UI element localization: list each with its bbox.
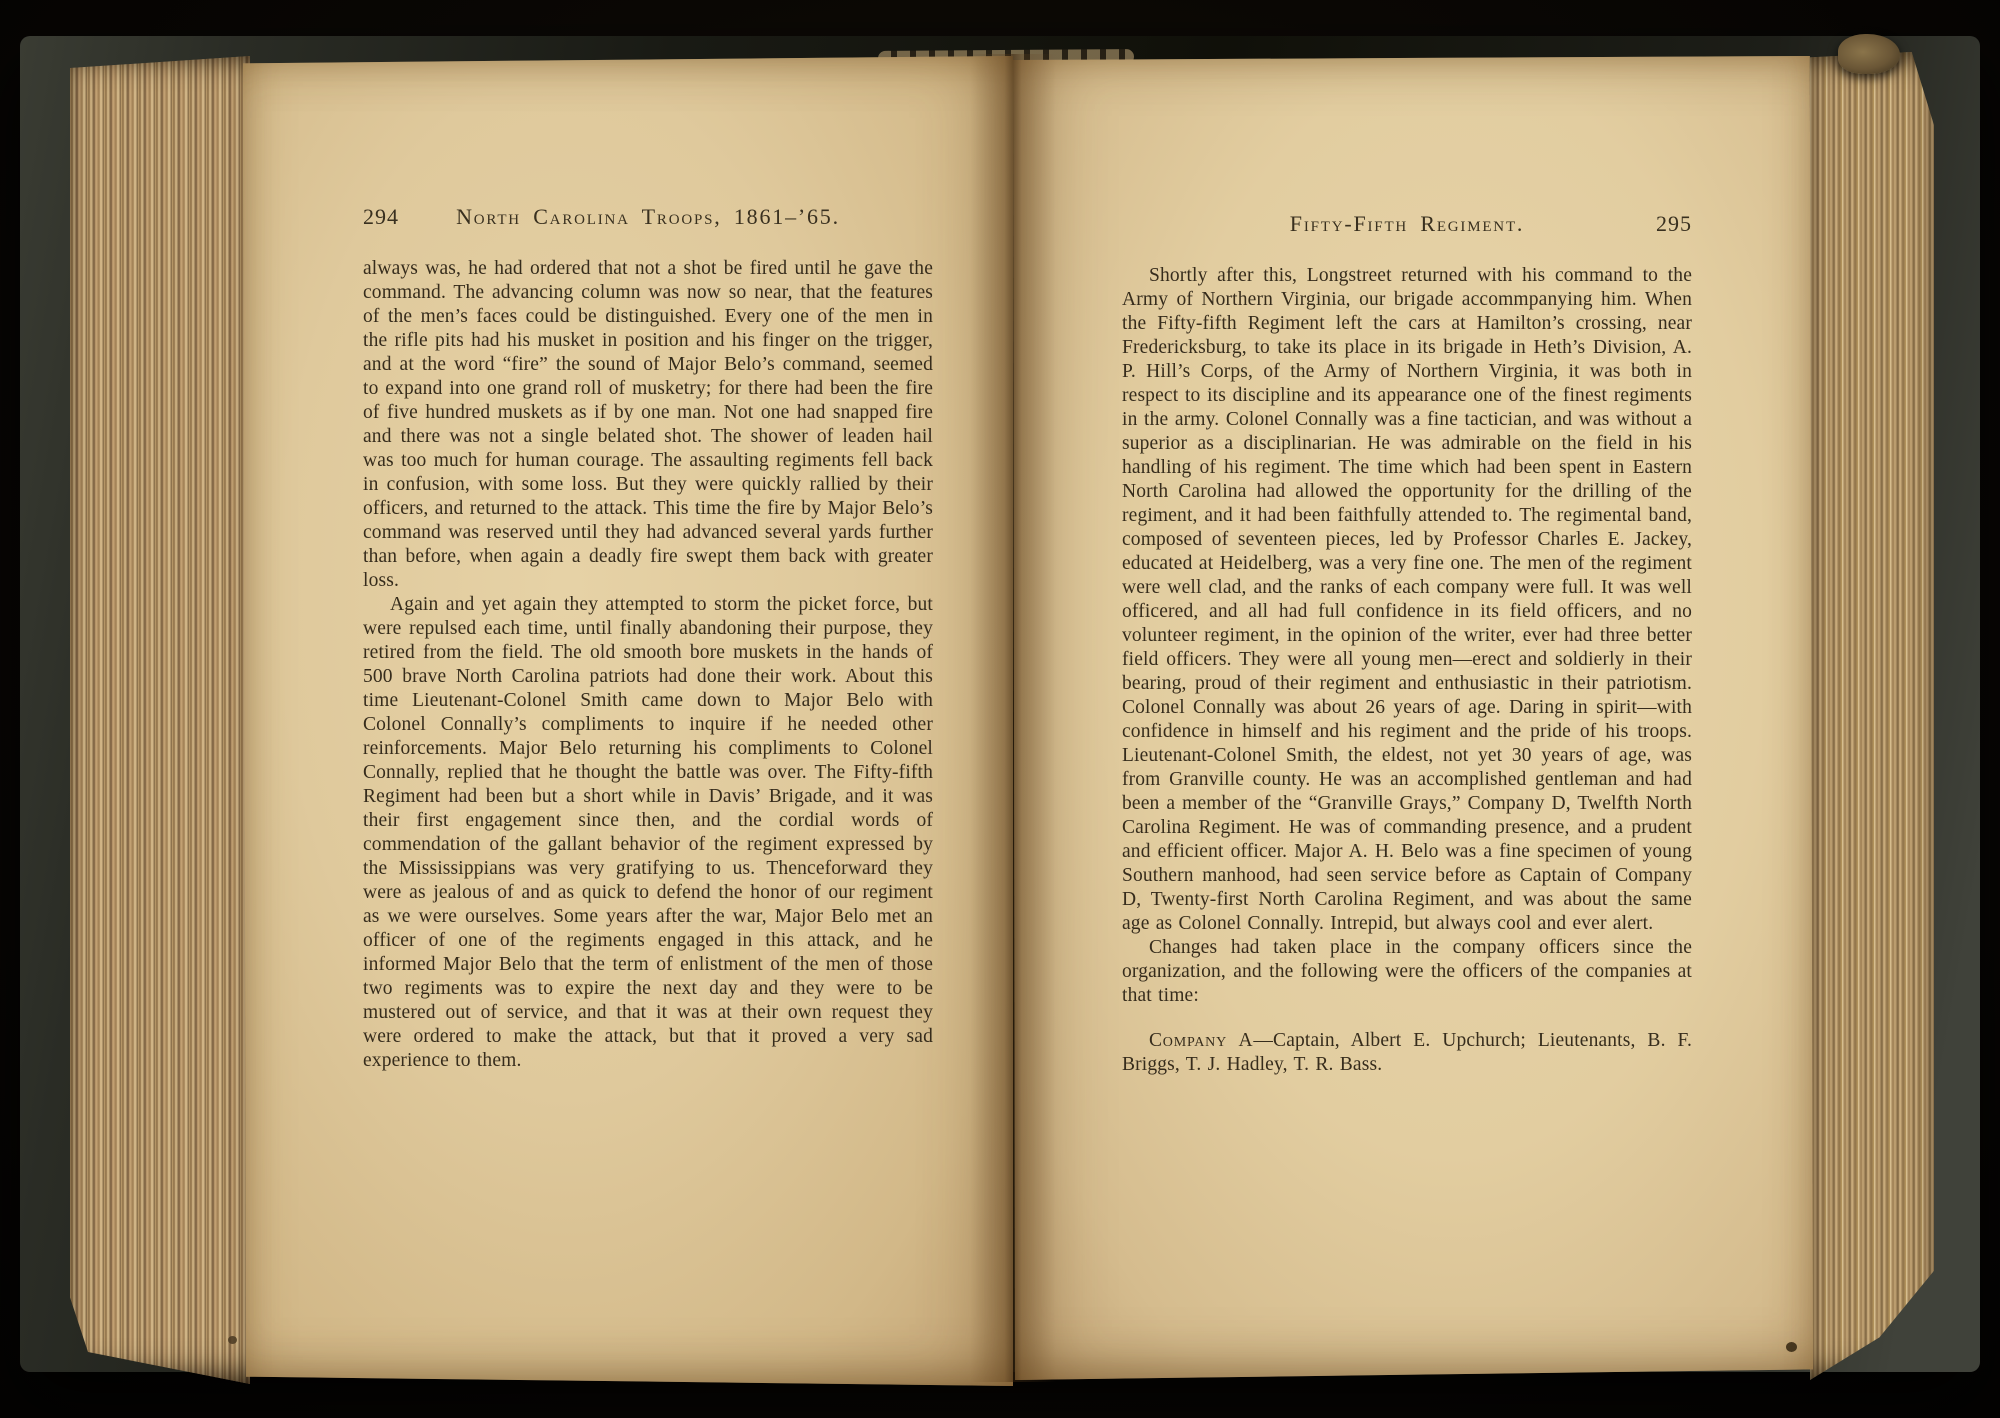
paragraph: always was, he had ordered that not a sh… (363, 257, 933, 593)
left-header-title: North Carolina Troops, 1861–’65. (435, 204, 861, 230)
right-page-number: 295 (1620, 211, 1692, 237)
right-page-edge-stack (1810, 52, 1934, 1384)
left-page-text: always was, he had ordered that not a sh… (363, 257, 933, 1073)
paragraph: Changes had taken place in the company o… (1122, 936, 1692, 1008)
left-page-edge-stack (70, 52, 250, 1384)
left-page-number: 294 (363, 204, 435, 230)
company-roster: Company A—Captain, Albert E. Upchurch; L… (1122, 1029, 1692, 1077)
right-running-head: Fifty-Fifth Regiment. 295 (1122, 211, 1692, 237)
right-page: Fifty-Fifth Regiment. 295 Shortly after … (1013, 56, 1813, 1380)
roster-company-label: Company A (1149, 1030, 1253, 1051)
right-page-text: Shortly after this, Longstreet returned … (1122, 264, 1692, 1008)
roster-entry: Company A—Captain, Albert E. Upchurch; L… (1122, 1029, 1692, 1077)
left-page-speck (228, 1336, 237, 1344)
paragraph: Shortly after this, Longstreet returned … (1122, 264, 1692, 936)
right-header-title: Fifty-Fifth Regiment. (1194, 211, 1620, 237)
left-page: 294 North Carolina Troops, 1861–’65. alw… (243, 56, 1013, 1386)
paragraph: Again and yet again they attempted to st… (363, 593, 933, 1073)
right-page-speck (1786, 1342, 1797, 1352)
book-photo-scene: 294 North Carolina Troops, 1861–’65. alw… (0, 0, 2000, 1418)
spine-headcap (1838, 34, 1900, 74)
right-page-content: Fifty-Fifth Regiment. 295 Shortly after … (1013, 56, 1813, 1077)
left-running-head: 294 North Carolina Troops, 1861–’65. (363, 204, 933, 230)
left-page-content: 294 North Carolina Troops, 1861–’65. alw… (243, 56, 1013, 1073)
